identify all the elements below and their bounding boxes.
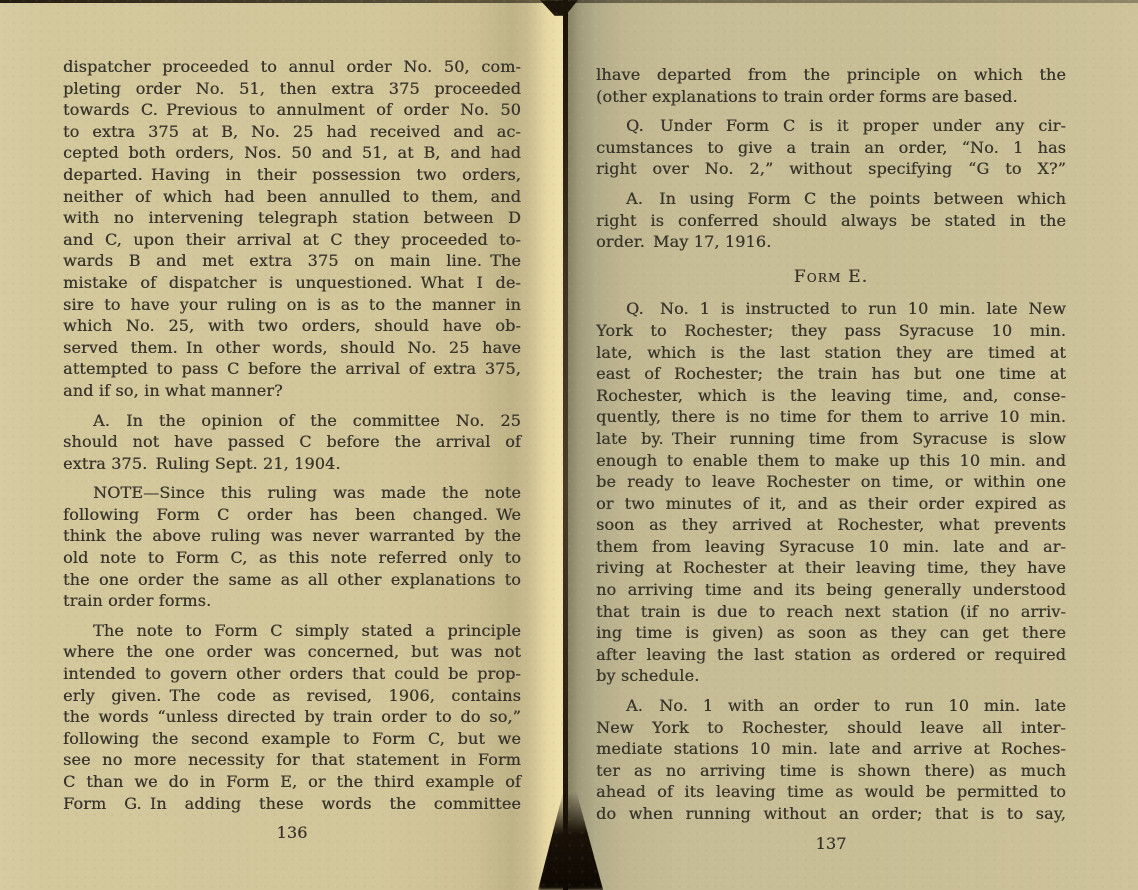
text-line: ing time is given) as soon as they can g… — [596, 622, 1066, 644]
text-line: lhave departed from the principle on whi… — [596, 64, 1066, 86]
text-line: the one order the same as all other expl… — [63, 569, 521, 591]
text-line: New York to Rochester, should leave all … — [596, 717, 1066, 739]
text-line: Form G. In adding these words the commit… — [63, 793, 521, 815]
text-line: by schedule. — [596, 665, 1066, 687]
text-line: late by. Their running time from Syracus… — [596, 428, 1066, 450]
text-line: after leaving the last station as ordere… — [596, 644, 1066, 666]
text-line: see no more necessity for that statement… — [63, 749, 521, 771]
paragraph: Q. No. 1 is instructed to run 10 min. la… — [596, 298, 1066, 687]
text-line: cepted both orders, Nos. 50 and 51, at B… — [63, 142, 521, 164]
paragraph: dispatcher proceeded to annul order No. … — [63, 56, 521, 402]
paragraph: A. No. 1 with an order to run 10 min. la… — [596, 695, 1066, 825]
text-line: east of Rochester; the train has but one… — [596, 363, 1066, 385]
text-line: neither of which had been annulled to th… — [63, 186, 521, 208]
text-line: (other explanations to train order forms… — [596, 86, 1066, 108]
text-line: following Form C order has been changed.… — [63, 504, 521, 526]
text-line: ahead of its leaving time as would be pe… — [596, 781, 1066, 803]
right-page-paragraphs: lhave departed from the principle on whi… — [596, 64, 1066, 825]
text-line: Q. No. 1 is instructed to run 10 min. la… — [596, 298, 1066, 320]
text-line: wards B and met extra 375 on main line. … — [63, 250, 521, 272]
book-spread: dispatcher proceeded to annul order No. … — [0, 0, 1138, 890]
text-line: ter as no arriving time is shown there) … — [596, 760, 1066, 782]
text-line: quently, there is no time for them to ar… — [596, 406, 1066, 428]
text-line: cumstances to give a train an order, “No… — [596, 137, 1066, 159]
text-line: following the second example to Form C, … — [63, 728, 521, 750]
paragraph: A. In the opinion of the committee No. 2… — [63, 410, 521, 475]
paragraph: NOTE—Since this ruling was made the note… — [63, 482, 521, 612]
text-line: old note to Form C, as this note referre… — [63, 547, 521, 569]
text-line: that train is due to reach next station … — [596, 601, 1066, 623]
right-page-text: lhave departed from the principle on whi… — [596, 64, 1066, 854]
paragraph: Q. Under Form C is it proper under any c… — [596, 115, 1066, 180]
text-line: York to Rochester; they pass Syracuse 10… — [596, 320, 1066, 342]
text-line: served them. In other words, should No. … — [63, 337, 521, 359]
section-heading: Form E. — [596, 267, 1066, 289]
text-line: and C, upon their arrival at C they proc… — [63, 229, 521, 251]
text-line: where the one order was concerned, but w… — [63, 641, 521, 663]
text-line: A. No. 1 with an order to run 10 min. la… — [596, 695, 1066, 717]
text-line: riving at Rochester at their leaving tim… — [596, 557, 1066, 579]
text-line: NOTE—Since this ruling was made the note — [63, 482, 521, 504]
text-line: order. May 17, 1916. — [596, 231, 1066, 253]
text-line: to extra 375 at B, No. 25 had received a… — [63, 121, 521, 143]
text-line: should not have passed C before the arri… — [63, 431, 521, 453]
text-line: extra 375. Ruling Sept. 21, 1904. — [63, 453, 521, 475]
text-line: erly given. The code as revised, 1906, c… — [63, 685, 521, 707]
page-top-edge — [0, 0, 1138, 3]
text-line: do when running without an order; that i… — [596, 803, 1066, 825]
text-line: mistake of dispatcher is unquestioned. W… — [63, 272, 521, 294]
text-line: Form E. — [596, 267, 1066, 289]
text-line: and if so, in what manner? — [63, 380, 521, 402]
text-line: mediate stations 10 min. late and arrive… — [596, 738, 1066, 760]
text-line: or two minutes of it, and as their order… — [596, 493, 1066, 515]
text-line: with no intervening telegraph station be… — [63, 207, 521, 229]
text-line: dispatcher proceeded to annul order No. … — [63, 56, 521, 78]
text-line: sire to have your ruling on is as to the… — [63, 294, 521, 316]
text-line: late, which is the last station they are… — [596, 342, 1066, 364]
text-line: train order forms. — [63, 590, 521, 612]
left-page-text: dispatcher proceeded to annul order No. … — [63, 56, 521, 844]
text-line: right is conferred should always be stat… — [596, 210, 1066, 232]
paragraph: The note to Form C simply stated a princ… — [63, 620, 521, 814]
left-page-paragraphs: dispatcher proceeded to annul order No. … — [63, 56, 521, 814]
text-line: departed. Having in their possession two… — [63, 164, 521, 186]
page-number-right: 137 — [596, 833, 1066, 855]
paragraph: lhave departed from the principle on whi… — [596, 64, 1066, 107]
text-line: them from leaving Syracuse 10 min. late … — [596, 536, 1066, 558]
text-line: Q. Under Form C is it proper under any c… — [596, 115, 1066, 137]
text-line: the words “unless directed by train orde… — [63, 706, 521, 728]
text-line: attempted to pass C before the arrival o… — [63, 358, 521, 380]
paragraph: A. In using Form C the points between wh… — [596, 188, 1066, 253]
text-line: pleting order No. 51, then extra 375 pro… — [63, 78, 521, 100]
text-line: The note to Form C simply stated a princ… — [63, 620, 521, 642]
text-line: be ready to leave Rochester on time, or … — [596, 471, 1066, 493]
text-line: soon as they arrived at Rochester, what … — [596, 514, 1066, 536]
text-line: Rochester, which is the leaving time, an… — [596, 385, 1066, 407]
text-line: A. In using Form C the points between wh… — [596, 188, 1066, 210]
text-line: right over No. 2,” without specifying “G… — [596, 158, 1066, 180]
text-line: C than we do in Form E, or the third exa… — [63, 771, 521, 793]
text-line: think the above ruling was never warrant… — [63, 525, 521, 547]
binding-gutter-line — [563, 0, 568, 890]
text-line: intended to govern other orders that cou… — [63, 663, 521, 685]
text-line: no arriving time and its being generally… — [596, 579, 1066, 601]
text-line: towards C. Previous to annulment of orde… — [63, 99, 521, 121]
page-number-left: 136 — [63, 822, 521, 844]
text-line: enough to enable them to make up this 10… — [596, 450, 1066, 472]
text-line: A. In the opinion of the committee No. 2… — [63, 410, 521, 432]
text-line: which No. 25, with two orders, should ha… — [63, 315, 521, 337]
